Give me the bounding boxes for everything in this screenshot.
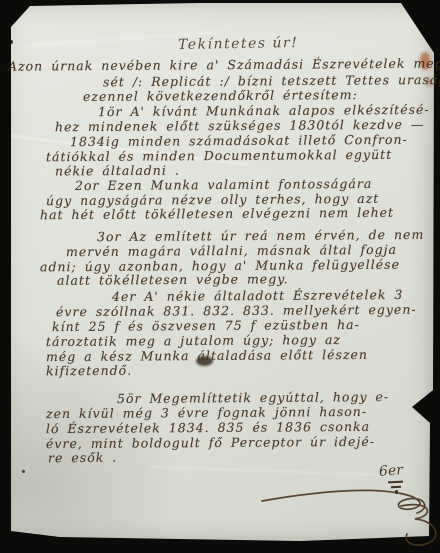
handwritten-line: ezennel következendőkről értesítem: <box>83 87 358 104</box>
handwritten-line: alatt tökélletesen végbe megy. <box>57 271 289 288</box>
handwritten-line: Azon úrnak nevében kire a' Számadási Ész… <box>8 55 440 73</box>
handwritten-line: kifizetendő. <box>46 363 132 379</box>
scan-background: Tekíntetes úr! Azon úrnak nevében kire a… <box>0 0 440 553</box>
handwritten-line: nékie általadni . <box>55 163 180 179</box>
document-title: Tekíntetes úr! <box>178 35 299 53</box>
handwritten-line: hat hét előtt tökélletesen elvégezni nem… <box>40 205 394 222</box>
signature-flourish <box>258 458 440 553</box>
manuscript-text: Tekíntetes úr! Azon úrnak nevében kire a… <box>0 0 440 553</box>
handwritten-line: re esők . <box>48 450 117 465</box>
handwritten-line: tátiókkal és minden Documentumokkal együ… <box>46 147 392 164</box>
handwritten-line: évre, mint boldogult fő Perceptor úr ide… <box>46 434 375 451</box>
handwritten-line: még a kész Munka általadása előtt lészen <box>46 347 368 364</box>
handwritten-line: évre szóllnak 831. 832. 833. mellyekért … <box>56 302 417 320</box>
